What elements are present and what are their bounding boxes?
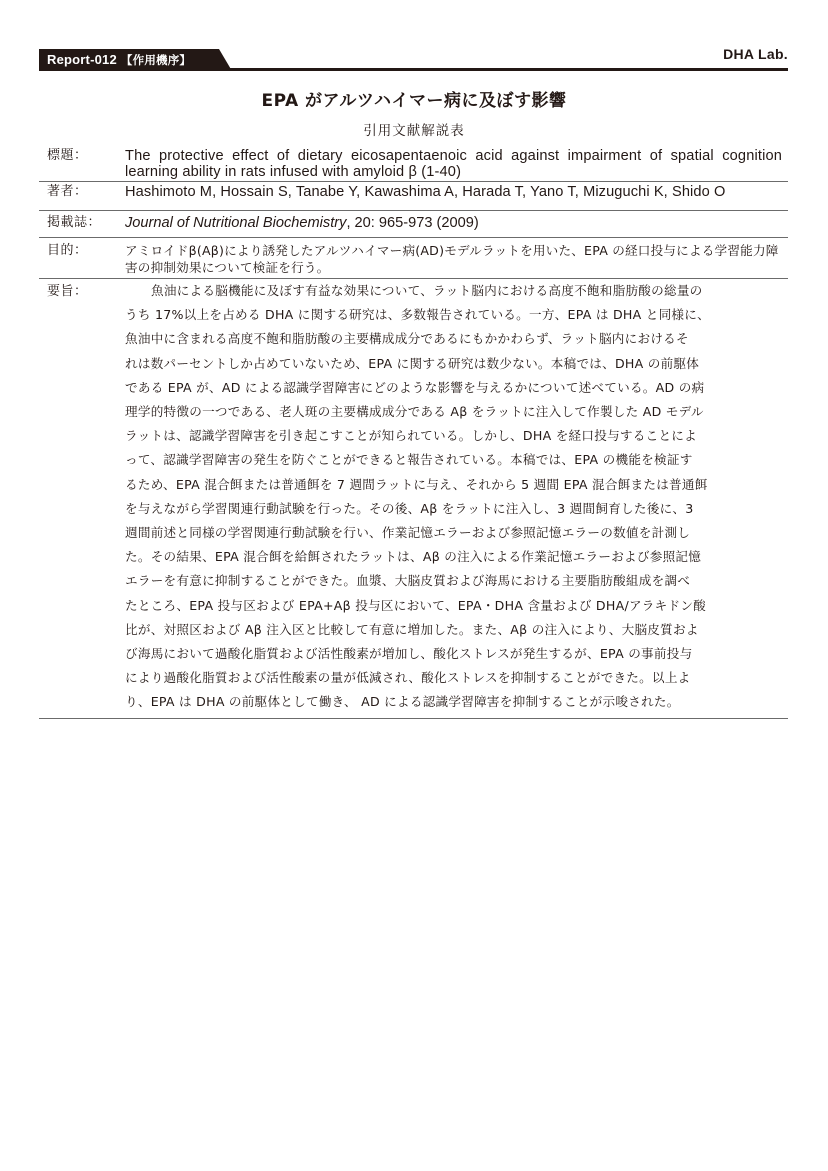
- brand-label: DHA Lab.: [723, 46, 788, 62]
- authors-value: Hashimoto M, Hossain S, Tanabe Y, Kawash…: [125, 182, 788, 210]
- report-tab-text: Report-012【作用機序】: [47, 52, 191, 68]
- title-value: The protective effect of dietary eicosap…: [125, 146, 788, 181]
- authors-label: 著者：: [39, 182, 125, 210]
- purpose-value: アミロイドβ(Aβ)により誘発したアルツハイマー病(AD)モデルラットを用いた、…: [125, 238, 788, 278]
- abstract-line: エラーを有意に抑制することができた。血漿、大脳皮質および海馬における主要脂肪酸組…: [125, 569, 782, 593]
- abstract-line: って、認識学習障害の発生を防ぐことができると報告されている。本稿では、EPA の…: [125, 448, 782, 472]
- row-authors: 著者： Hashimoto M, Hossain S, Tanabe Y, Ka…: [39, 182, 788, 211]
- row-title: 標題： The protective effect of dietary eic…: [39, 146, 788, 182]
- abstract-line: ラットは、認識学習障害を引き起こすことが知られている。しかし、DHA を経口投与…: [125, 424, 782, 448]
- abstract-line: び海馬において過酸化脂質および活性酸素が増加し、酸化ストレスが発生するが、EPA…: [125, 642, 782, 666]
- purpose-label: 目的：: [39, 238, 125, 278]
- abstract-line: り、EPA は DHA の前駆体として働き、 AD による認識学習障害を抑制する…: [125, 690, 782, 714]
- journal-name: Journal of Nutritional Biochemistry: [125, 215, 346, 231]
- abstract-label: 要旨：: [39, 279, 125, 718]
- abstract-line: 週間前述と同様の学習関連行動試験を行い、作業記憶エラーおよび参照記憶エラーの数値…: [125, 521, 782, 545]
- report-category: 【作用機序】: [121, 55, 191, 67]
- abstract-line: た。その結果、EPA 混合餌を給餌されたラットは、Aβ の注入による作業記憶エラ…: [125, 545, 782, 569]
- abstract-line: れは数パーセントしか占めていないため、EPA に関する研究は数少ない。本稿では、…: [125, 352, 782, 376]
- document-title: EPA がアルツハイマー病に及ぼす影響: [0, 86, 828, 111]
- journal-label: 掲載誌：: [39, 211, 125, 237]
- row-journal: 掲載誌： Journal of Nutritional Biochemistry…: [39, 211, 788, 238]
- report-id: Report-012: [47, 52, 117, 67]
- abstract-line: 魚油による脳機能に及ぼす有益な効果について、ラット脳内における高度不飽和脂肪酸の…: [125, 279, 782, 303]
- abstract-line: 理学的特徴の一つである、老人斑の主要構成成分である Aβ をラットに注入して作製…: [125, 400, 782, 424]
- abstract-line: うち 17%以上を占める DHA に関する研究は、多数報告されている。一方、EP…: [125, 303, 782, 327]
- abstract-line: 魚油中に含まれる高度不飽和脂肪酸の主要構成成分であるにもかかわらず、ラット脳内に…: [125, 327, 782, 351]
- citation-table: 標題： The protective effect of dietary eic…: [39, 146, 788, 719]
- abstract-value: 魚油による脳機能に及ぼす有益な効果について、ラット脳内における高度不飽和脂肪酸の…: [125, 279, 788, 718]
- journal-value: Journal of Nutritional Biochemistry, 20:…: [125, 211, 788, 237]
- journal-citation: , 20: 965-973 (2009): [346, 215, 478, 231]
- row-purpose: 目的： アミロイドβ(Aβ)により誘発したアルツハイマー病(AD)モデルラットを…: [39, 238, 788, 279]
- row-abstract: 要旨： 魚油による脳機能に及ぼす有益な効果について、ラット脳内における高度不飽和…: [39, 279, 788, 719]
- title-label: 標題：: [39, 146, 125, 181]
- abstract-line: により過酸化脂質および活性酸素の量が低減され、酸化ストレスを抑制することができた…: [125, 666, 782, 690]
- abstract-line: である EPA が、AD による認識学習障害にどのような影響を与えるかについて述…: [125, 376, 782, 400]
- abstract-line: るため、EPA 混合餌または普通餌を 7 週間ラットに与え、それから 5 週間 …: [125, 473, 782, 497]
- abstract-line: たところ、EPA 投与区および EPA+Aβ 投与区において、EPA・DHA 含…: [125, 594, 782, 618]
- abstract-line: を与えながら学習関連行動試験を行った。その後、Aβ をラットに注入し、3 週間飼…: [125, 497, 782, 521]
- document-subtitle: 引用文献解説表: [0, 119, 828, 139]
- abstract-line: 比が、対照区および Aβ 注入区と比較して有意に増加した。また、Aβ の注入によ…: [125, 618, 782, 642]
- header-rule: [39, 68, 788, 71]
- report-header: Report-012【作用機序】: [39, 48, 788, 72]
